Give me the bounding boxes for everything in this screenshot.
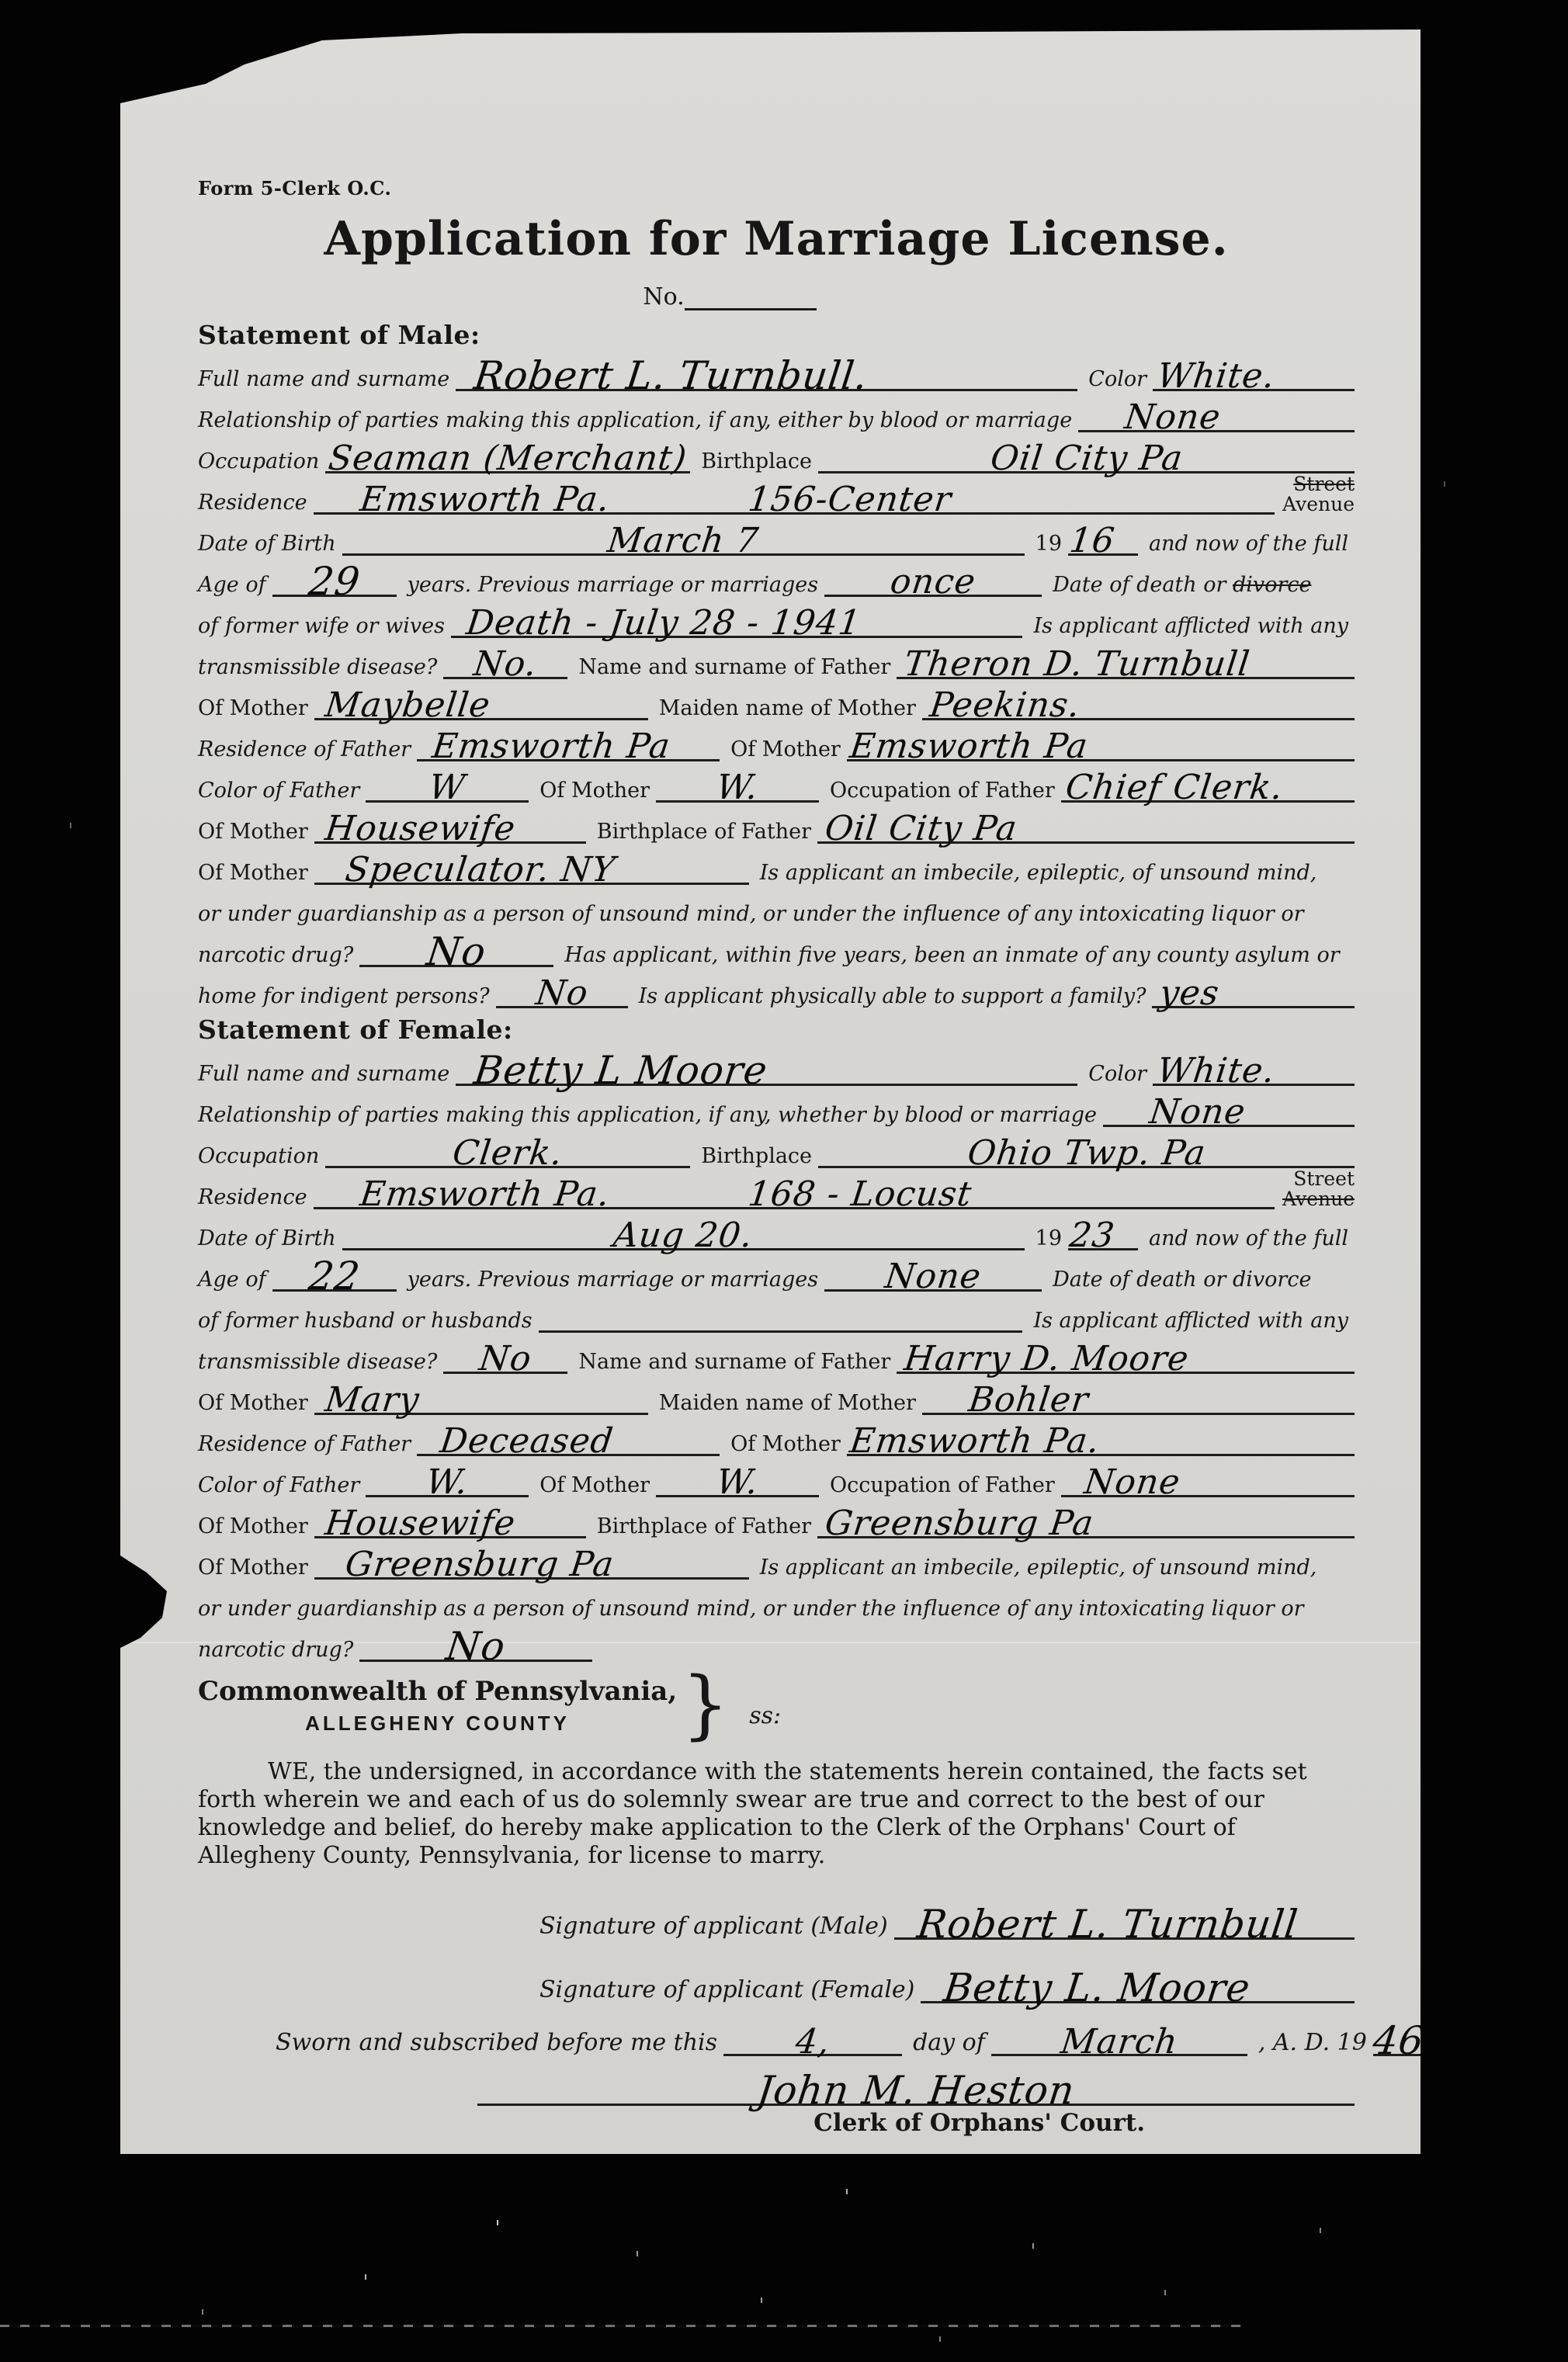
female-father-occupation-value: None [1083, 1472, 1181, 1494]
male-father-color-value: W [428, 777, 467, 799]
male-guardianship-label: or under guardianship as a person of uns… [198, 904, 1310, 926]
male-father-birthplace-value: Oil City Pa [824, 818, 1018, 841]
male-support-blank: yes [1152, 965, 1355, 1008]
female-relationship-blank: None [1103, 1084, 1355, 1127]
female-mother-label: Of Mother [198, 1393, 314, 1415]
scanned-document: Form 5-Clerk O.C. Application for Marria… [0, 0, 1568, 2362]
male-father-birthplace-blank: Oil City Pa [817, 800, 1355, 844]
male-residence-row: Residence Emsworth Pa. 156-Center Street… [198, 473, 1355, 515]
form-content: Form 5-Clerk O.C. Application for Marria… [198, 177, 1355, 2202]
female-narcotic-value: No [445, 1634, 507, 1660]
male-disease-label: transmissible disease? [198, 657, 443, 679]
male-fullname-value: Robert L. Turnbull. [473, 363, 869, 389]
female-narcotic-row: narcotic drug? No [198, 1621, 1355, 1662]
female-father-occupation-blank: None [1061, 1454, 1355, 1497]
male-narcotic-blank: No [359, 924, 553, 967]
female-narcotic-blank: No [359, 1618, 592, 1662]
female-years-prev-label: years. Previous marriage or marriages [397, 1269, 824, 1292]
male-signature-value: Robert L. Turnbull [916, 1912, 1299, 1937]
male-age-blank: 29 [272, 553, 397, 597]
male-father-blank: Theron D. Turnbull [897, 636, 1355, 679]
male-fullname-label: Full name and surname [198, 369, 456, 391]
male-occupation-blank: Seaman (Merchant) [325, 430, 690, 473]
sworn-label: Sworn and subscribed before me this [276, 2031, 723, 2056]
male-disease-value: No. [473, 654, 539, 676]
male-narcotic-label: narcotic drug? [198, 945, 359, 967]
form-title: Application for Marriage License. [198, 212, 1355, 266]
female-occupation-label: Occupation [198, 1146, 325, 1168]
clerk-signature-row: John M. Heston [198, 2056, 1355, 2106]
female-maiden-value: Bohler [967, 1389, 1090, 1412]
clerk-title: Clerk of Orphans' Court. [198, 2109, 1145, 2137]
female-guardianship-row: or under guardianship as a person of uns… [198, 1580, 1355, 1621]
female-former-husband-blank [539, 1289, 1023, 1333]
male-afflicted-label: Is applicant afflicted with any [1022, 616, 1355, 638]
male-imbecile-label: Is applicant an imbecile, epileptic, of … [749, 862, 1323, 885]
male-father-occupation-blank: Chief Clerk. [1061, 759, 1355, 803]
license-number-blank [685, 282, 817, 310]
male-father-birthplace-label: Birthplace of Father [586, 821, 817, 844]
female-section-heading: Statement of Female: [198, 1015, 1355, 1045]
male-prev-marriage-blank: once [824, 553, 1042, 597]
ad-label: , A. D. 19 [1247, 2031, 1373, 2056]
female-dob-blank: Aug 20. [342, 1207, 1025, 1250]
commonwealth-ss: ss: [749, 1702, 781, 1729]
male-former-wife-label: of former wife or wives [198, 616, 451, 638]
male-support-label: Is applicant physically able to support … [628, 986, 1153, 1008]
male-mother-color-value: W. [715, 777, 759, 799]
female-dob-row: Date of Birth Aug 20. 19 23 and now of t… [198, 1209, 1355, 1250]
male-father-occupation-value: Chief Clerk. [1064, 777, 1284, 799]
female-relationship-value: None [1148, 1101, 1247, 1124]
female-fullname-row: Full name and surname Betty L Moore Colo… [198, 1045, 1355, 1086]
female-afflicted-label: Is applicant afflicted with any [1022, 1310, 1355, 1333]
female-father-color-blank: W. [366, 1454, 529, 1497]
male-mother-residence-label: Of Mother [720, 739, 847, 761]
male-mother-occupation-row: Of Mother Housewife Birthplace of Father… [198, 803, 1355, 844]
male-occupation-value: Seaman (Merchant) [328, 448, 689, 470]
male-residence-label: Residence [198, 492, 314, 515]
female-relationship-row: Relationship of parties making this appl… [198, 1086, 1355, 1127]
female-disease-label: transmissible disease? [198, 1351, 443, 1374]
sworn-year-blank: 46 [1373, 2007, 1428, 2056]
male-signature-blank: Robert L. Turnbull [894, 1882, 1355, 1940]
female-disease-blank: No [443, 1330, 567, 1374]
sworn-day-value: 4, [794, 2031, 831, 2054]
male-indigent-row: home for indigent persons? No Is applica… [198, 967, 1355, 1008]
oath-paragraph: WE, the undersigned, in accordance with … [198, 1758, 1339, 1870]
female-mother-color-label: Of Mother [529, 1475, 656, 1497]
female-mother-occupation-label: Of Mother [198, 1516, 314, 1538]
female-father-label: Name and surname of Father [567, 1351, 897, 1374]
female-mother-occupation-value: Housewife [324, 1513, 516, 1535]
female-age-row: Age of 22 years. Previous marriage or ma… [198, 1250, 1355, 1292]
issue-row: DATE OF ISSUE OF LICENSE March 13. 1946 [198, 2152, 1355, 2202]
male-dob-label: Date of Birth [198, 533, 342, 556]
male-color-value: White. [1156, 366, 1276, 388]
male-relationship-blank: None [1078, 389, 1355, 432]
male-street-label: Street [1293, 474, 1355, 494]
female-father-color-label: Color of Father [198, 1475, 366, 1497]
sworn-month-blank: March [991, 2007, 1247, 2056]
male-narcotic-row: narcotic drug? No Has applicant, within … [198, 926, 1355, 967]
male-street-avenue-label: Street Avenue [1275, 474, 1355, 515]
license-number-line: No. [151, 282, 1308, 310]
male-years-prev-label: years. Previous marriage or marriages [397, 574, 824, 597]
male-maiden-blank: Peekins. [922, 677, 1355, 720]
female-prev-marriage-value: None [884, 1266, 983, 1289]
male-residence-blank: Emsworth Pa. 156-Center [314, 471, 1275, 515]
male-dob-suffix: and now of the full [1138, 533, 1355, 556]
female-mother-birthplace-blank: Greensburg Pa [314, 1536, 749, 1580]
male-asylum-label: Has applicant, within five years, been a… [553, 945, 1345, 967]
male-mother-value: Maybelle [324, 695, 491, 717]
female-age-label: Age of [198, 1269, 272, 1292]
female-former-husband-label: of former husband or husbands [198, 1310, 539, 1333]
male-mother-residence-blank: Emsworth Pa [847, 718, 1355, 761]
commonwealth-line2: ALLEGHENY COUNTY [198, 1712, 677, 1736]
female-narcotic-label: narcotic drug? [198, 1639, 359, 1662]
male-father-label: Name and surname of Father [567, 657, 897, 679]
male-age-row: Age of 29 years. Previous marriage or ma… [198, 556, 1355, 597]
male-former-wife-row: of former wife or wives Death - July 28 … [198, 597, 1355, 638]
female-mother-blank: Mary [314, 1372, 648, 1415]
female-imbecile-label: Is applicant an imbecile, epileptic, of … [749, 1557, 1323, 1580]
female-birthplace-blank: Ohio Twp. Pa [818, 1125, 1355, 1168]
male-birthplace-value: Oil City Pa [989, 448, 1184, 470]
male-disease-blank: No. [443, 636, 567, 679]
female-signature-value: Betty L. Moore [942, 1975, 1252, 2001]
female-father-birthplace-blank: Greensburg Pa [817, 1495, 1355, 1538]
male-birthplace-blank: Oil City Pa [818, 430, 1355, 473]
male-residence-number-value: 156-Center [747, 489, 952, 512]
female-occupation-row: Occupation Clerk. Birthplace Ohio Twp. P… [198, 1127, 1355, 1168]
male-maiden-label: Maiden name of Mother [648, 698, 922, 720]
male-mother-occupation-label: Of Mother [198, 821, 314, 844]
male-father-value: Theron D. Turnbull [904, 654, 1251, 676]
male-father-residence-label: Residence of Father [198, 739, 417, 761]
oath-text: WE, the undersigned, in accordance with … [198, 1758, 1307, 1869]
male-father-color-label: Color of Father [198, 780, 366, 803]
male-birthplace-label: Birthplace [690, 451, 818, 473]
female-mother-occupation-blank: Housewife [314, 1495, 586, 1538]
female-mother-color-value: W. [715, 1472, 759, 1494]
clerk-signature-blank: John M. Heston [477, 2054, 1355, 2106]
male-disease-row: transmissible disease? No. Name and surn… [198, 638, 1355, 679]
female-mother-value: Mary [324, 1389, 421, 1412]
issue-label: DATE OF ISSUE OF LICENSE [446, 2173, 873, 2202]
female-color-value: White. [1156, 1060, 1276, 1083]
female-birthplace-label: Birthplace [690, 1146, 818, 1168]
female-mother-birthplace-row: Of Mother Greensburg Pa Is applicant an … [198, 1538, 1355, 1580]
male-father-color-blank: W [366, 759, 529, 803]
female-mother-residence-label: Of Mother [720, 1434, 847, 1456]
female-father-residence-blank: Deceased [417, 1413, 720, 1456]
form-number: Form 5-Clerk O.C. [198, 177, 1355, 199]
male-father-occupation-label: Occupation of Father [819, 780, 1061, 803]
female-age-value: 22 [307, 1264, 362, 1289]
female-age-blank: 22 [272, 1248, 397, 1292]
issue-blank: March 13. 1946 [873, 2150, 1246, 2202]
female-dob-year-blank: 23 [1068, 1207, 1138, 1250]
male-former-wife-blank: Death - July 28 - 1941 [451, 595, 1023, 638]
male-guardianship-row: or under guardianship as a person of uns… [198, 885, 1355, 926]
female-dob-year-value: 23 [1068, 1225, 1116, 1247]
male-signature-label: Signature of applicant (Male) [539, 1915, 894, 1940]
female-father-color-value: W. [425, 1472, 470, 1494]
female-color-parents-row: Color of Father W. Of Mother W. Occupati… [198, 1456, 1355, 1497]
female-guardianship-label: or under guardianship as a person of uns… [198, 1598, 1310, 1621]
female-dob-year-prefix: 19 [1025, 1228, 1068, 1250]
male-mother-color-blank: W. [656, 759, 819, 803]
scan-scratch-line [0, 2325, 1242, 2327]
female-street-label: Street [1293, 1169, 1355, 1189]
sworn-day-blank: 4, [723, 2007, 902, 2056]
male-relationship-label: Relationship of parties making this appl… [198, 410, 1078, 432]
male-signature-row: Signature of applicant (Male) Robert L. … [198, 1884, 1355, 1940]
female-dob-value: Aug 20. [612, 1225, 755, 1247]
sworn-row: Sworn and subscribed before me this 4, d… [198, 2010, 1355, 2056]
male-mother-label: Of Mother [198, 698, 314, 720]
male-maiden-value: Peekins. [928, 695, 1081, 717]
female-color-blank: White. [1153, 1042, 1355, 1086]
female-maiden-label: Maiden name of Mother [648, 1393, 922, 1415]
commonwealth-line1: Commonwealth of Pennsylvania, [198, 1676, 677, 1707]
female-father-occupation-label: Occupation of Father [819, 1475, 1061, 1497]
license-number-label: No. [643, 283, 684, 310]
male-mother-row: Of Mother Maybelle Maiden name of Mother… [198, 679, 1355, 720]
male-fullname-row: Full name and surname Robert L. Turnbull… [198, 350, 1355, 391]
issue-value: March 13. 1946 [883, 2174, 1210, 2200]
male-mother-birthplace-value: Speculator. NY [344, 859, 616, 882]
male-dob-year-blank: 16 [1068, 512, 1138, 556]
male-dob-blank: March 7 [342, 512, 1025, 556]
male-fullname-blank: Robert L. Turnbull. [456, 348, 1077, 391]
male-mother-birthplace-row: Of Mother Speculator. NY Is applicant an… [198, 844, 1355, 885]
female-dob-suffix: and now of the full [1138, 1228, 1355, 1250]
female-father-residence-value: Deceased [439, 1431, 615, 1453]
male-age-label: Age of [198, 574, 272, 597]
male-indigent-value: No [534, 983, 589, 1005]
female-dob-label: Date of Birth [198, 1228, 342, 1250]
male-mother-residence-value: Emsworth Pa [848, 736, 1089, 758]
male-dob-year-value: 16 [1068, 530, 1116, 553]
male-indigent-blank: No [496, 965, 628, 1008]
male-color-blank: White. [1153, 348, 1355, 391]
female-father-birthplace-label: Birthplace of Father [586, 1516, 817, 1538]
male-prev-marriage-value: once [890, 571, 977, 594]
male-avenue-label: Avenue [1282, 494, 1355, 515]
male-divorce-struck: divorce [1233, 573, 1311, 597]
female-father-birthplace-value: Greensburg Pa [824, 1513, 1094, 1535]
scan-specks [0, 0, 2, 5]
male-father-residence-row: Residence of Father Emsworth Pa Of Mothe… [198, 720, 1355, 761]
male-support-value: yes [1159, 983, 1221, 1005]
female-prev-marriage-blank: None [824, 1248, 1042, 1292]
male-dob-row: Date of Birth March 7 19 16 and now of t… [198, 515, 1355, 556]
male-color-parents-row: Color of Father W Of Mother W. Occupatio… [198, 761, 1355, 803]
female-fullname-label: Full name and surname [198, 1063, 456, 1086]
female-residence-number-value: 168 - Locust [747, 1184, 973, 1206]
female-residence-label: Residence [198, 1187, 314, 1209]
female-residence-row: Residence Emsworth Pa. 168 - Locust Stre… [198, 1168, 1355, 1209]
female-mother-occupation-row: Of Mother Housewife Birthplace of Father… [198, 1497, 1355, 1538]
female-father-value: Harry D. Moore [904, 1348, 1191, 1371]
male-mother-occupation-blank: Housewife [314, 800, 586, 844]
female-birthplace-value: Ohio Twp. Pa [966, 1143, 1207, 1165]
female-occupation-blank: Clerk. [325, 1125, 690, 1168]
female-avenue-label: Avenue [1282, 1189, 1355, 1209]
female-signature-blank: Betty L. Moore [921, 1945, 1355, 2003]
female-residence-blank: Emsworth Pa. 168 - Locust [314, 1166, 1275, 1209]
male-relationship-value: None [1123, 407, 1222, 429]
female-father-blank: Harry D. Moore [897, 1330, 1355, 1374]
female-fullname-blank: Betty L Moore [456, 1042, 1077, 1086]
male-section-heading: Statement of Male: [198, 320, 1355, 350]
female-residence-value: Emsworth Pa. [359, 1184, 611, 1206]
commonwealth-brace: } [682, 1671, 729, 1738]
female-street-avenue-label: Street Avenue [1275, 1169, 1355, 1210]
male-relationship-row: Relationship of parties making this appl… [198, 391, 1355, 432]
male-death-divorce-label: Date of death or divorce [1042, 574, 1317, 597]
male-mother-color-label: Of Mother [529, 780, 656, 803]
male-occupation-label: Occupation [198, 451, 325, 473]
female-mother-residence-blank: Emsworth Pa. [847, 1413, 1355, 1456]
male-color-label: Color [1077, 369, 1153, 391]
female-relationship-label: Relationship of parties making this appl… [198, 1105, 1103, 1127]
male-mother-birthplace-blank: Speculator. NY [314, 841, 749, 885]
male-mother-occupation-value: Housewife [324, 818, 516, 841]
female-signature-row: Signature of applicant (Female) Betty L.… [198, 1948, 1355, 2003]
female-mother-residence-value: Emsworth Pa. [848, 1431, 1101, 1453]
female-mother-birthplace-value: Greensburg Pa [344, 1554, 615, 1576]
female-color-label: Color [1077, 1063, 1153, 1086]
male-age-value: 29 [307, 569, 362, 595]
male-former-wife-value: Death - July 28 - 1941 [465, 612, 862, 635]
female-former-husband-row: of former husband or husbands Is applica… [198, 1292, 1355, 1333]
female-disease-value: No [478, 1348, 533, 1371]
female-disease-row: transmissible disease? No Name and surna… [198, 1333, 1355, 1374]
male-dob-year-prefix: 19 [1025, 533, 1068, 556]
female-mother-birthplace-label: Of Mother [198, 1557, 314, 1580]
commonwealth-block: Commonwealth of Pennsylvania, ALLEGHENY … [198, 1676, 1355, 1738]
female-death-divorce-label: Date of death or divorce [1042, 1269, 1317, 1292]
female-maiden-blank: Bohler [922, 1372, 1355, 1415]
female-father-residence-label: Residence of Father [198, 1434, 417, 1456]
male-mother-blank: Maybelle [314, 677, 648, 720]
male-residence-value: Emsworth Pa. [359, 489, 611, 512]
clerk-signature-value: John M. Heston [756, 2078, 1077, 2104]
day-of-label: day of [902, 2031, 991, 2056]
sworn-year-value: 46 [1372, 2028, 1426, 2054]
paper: Form 5-Clerk O.C. Application for Marria… [120, 29, 1421, 2154]
female-father-residence-row: Residence of Father Deceased Of Mother E… [198, 1415, 1355, 1456]
male-mother-birthplace-label: Of Mother [198, 862, 314, 885]
male-narcotic-value: No [425, 939, 487, 965]
female-mother-row: Of Mother Mary Maiden name of Mother Boh… [198, 1374, 1355, 1415]
male-father-residence-value: Emsworth Pa [431, 736, 671, 758]
female-mother-color-blank: W. [656, 1454, 819, 1497]
male-dob-value: March 7 [606, 530, 760, 553]
female-occupation-value: Clerk. [452, 1143, 564, 1165]
female-signature-label: Signature of applicant (Female) [539, 1979, 921, 2003]
female-fullname-value: Betty L Moore [473, 1058, 769, 1084]
male-indigent-label: home for indigent persons? [198, 986, 496, 1008]
male-father-residence-blank: Emsworth Pa [417, 718, 720, 761]
male-occupation-row: Occupation Seaman (Merchant) Birthplace … [198, 432, 1355, 473]
sworn-month-value: March [1060, 2031, 1179, 2054]
